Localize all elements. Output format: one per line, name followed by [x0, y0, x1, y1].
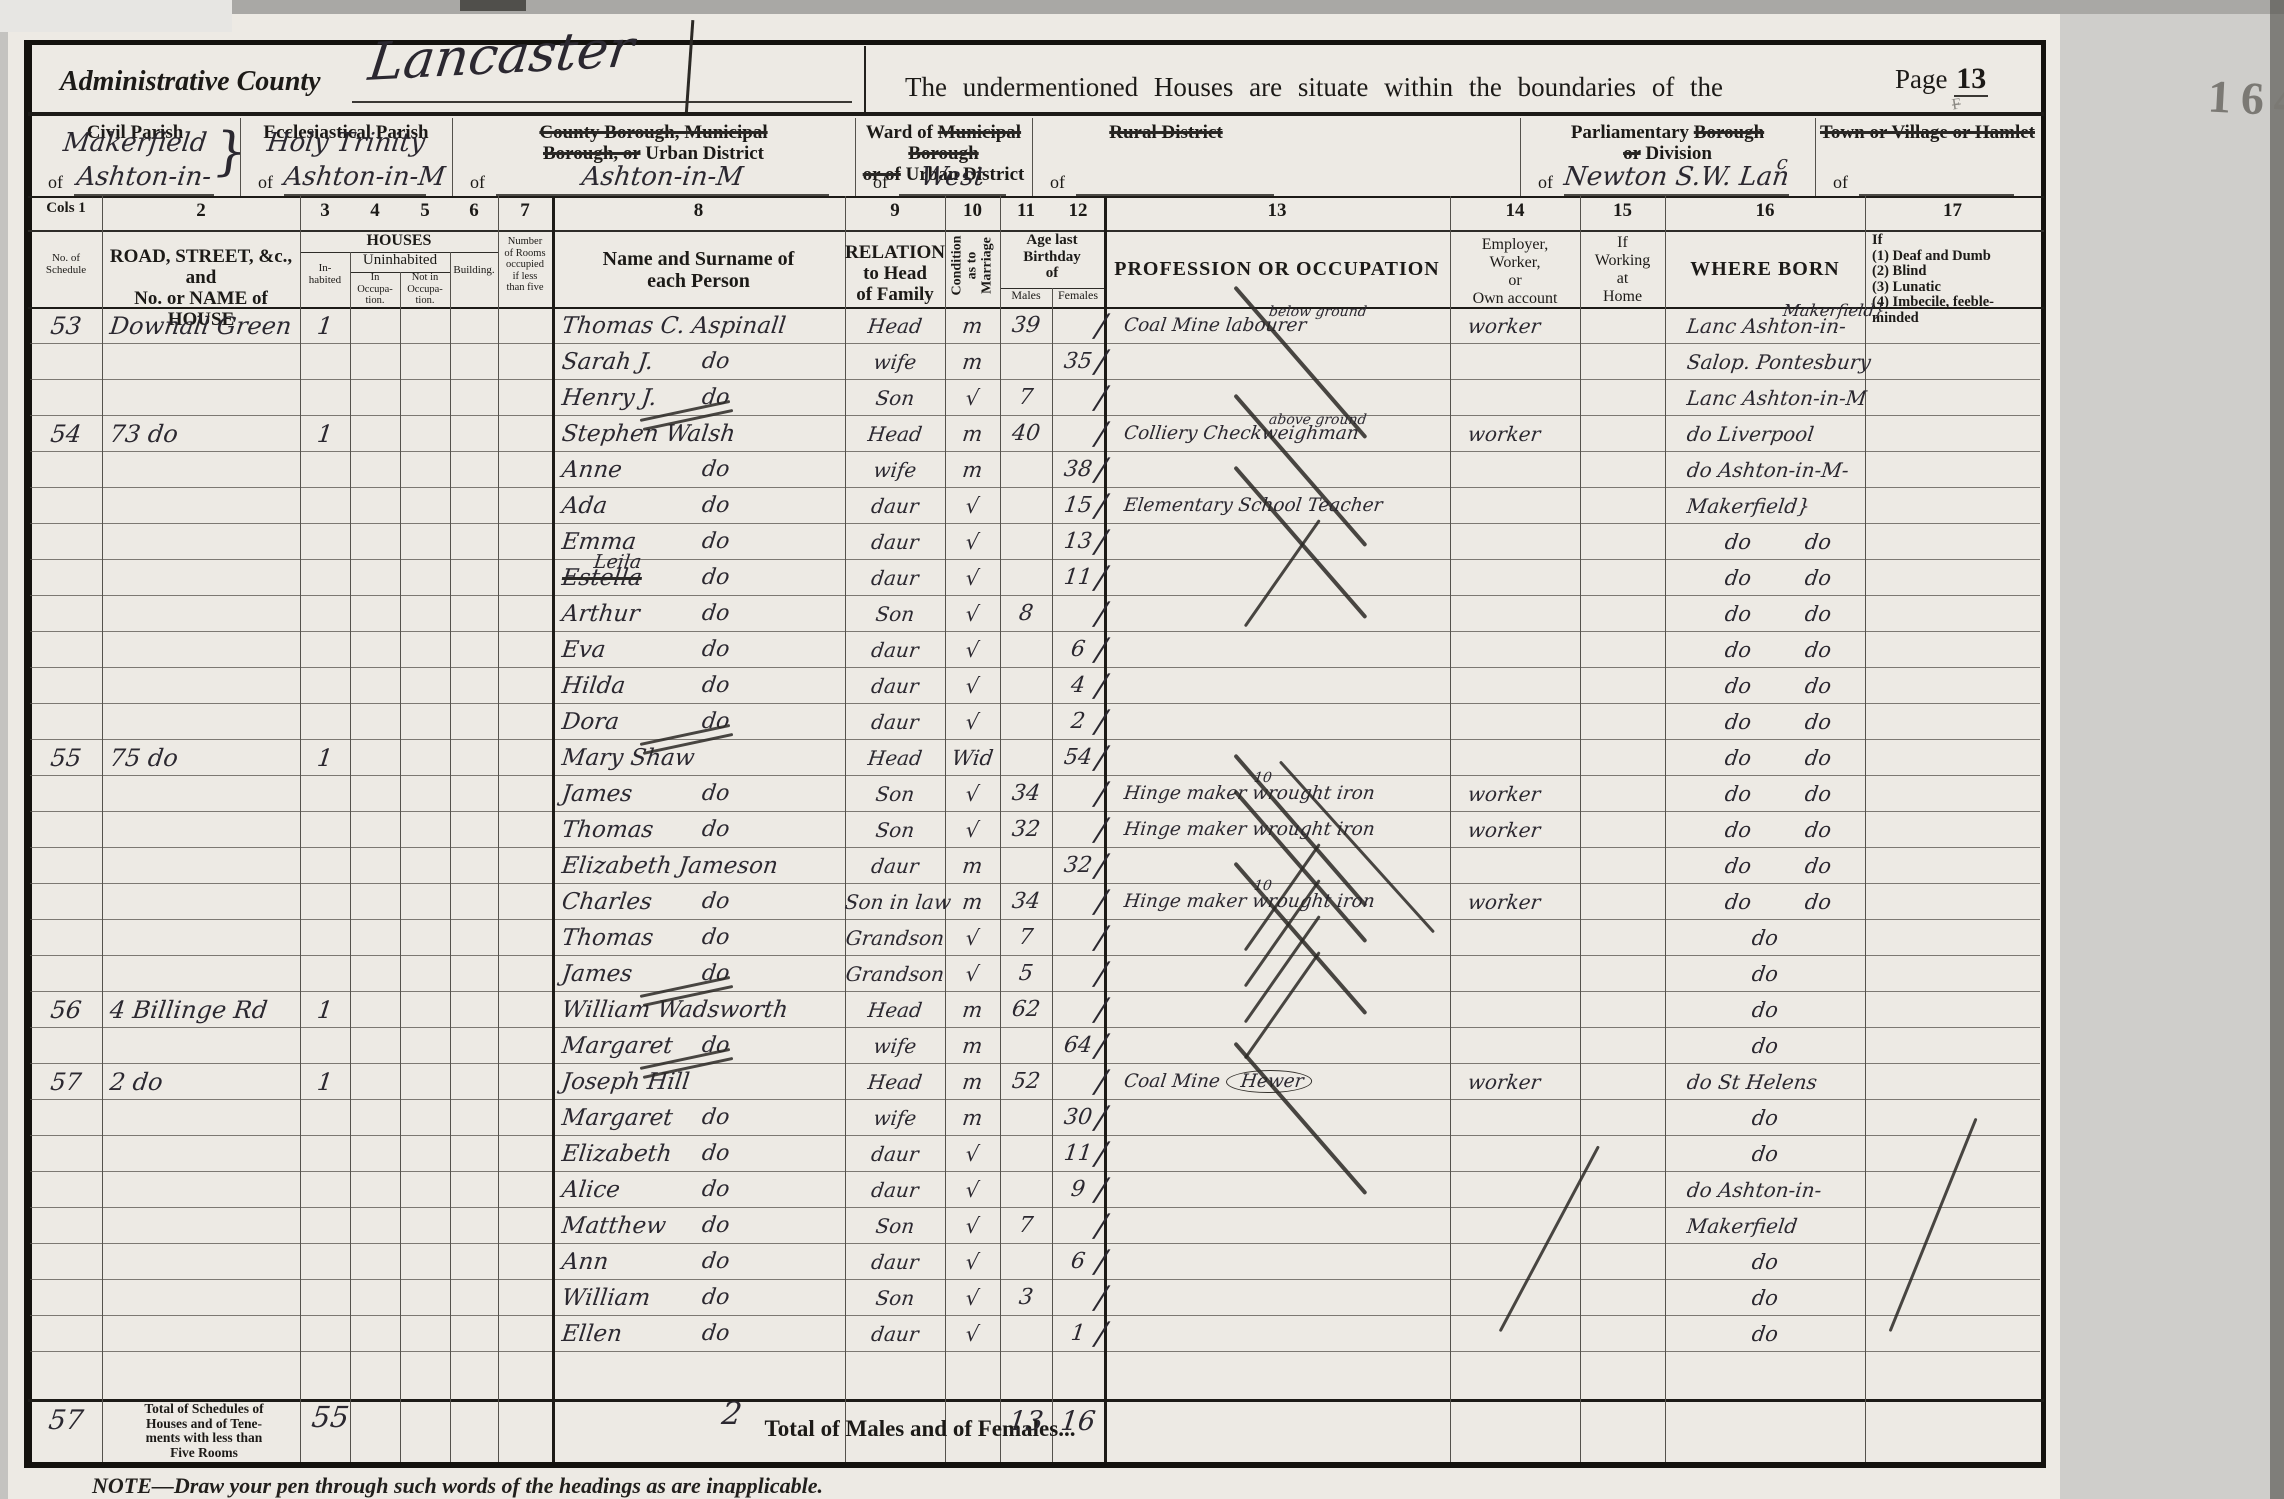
- col-header-rooms: Number of Rooms occupied if less than fi…: [498, 236, 552, 294]
- district-title-seg: Ward of: [866, 122, 938, 143]
- row-rule: [30, 1027, 2040, 1028]
- district-of-town-village: of: [1833, 172, 1848, 193]
- row-condition: m: [943, 994, 1002, 1026]
- row-born-ditto: do: [1803, 850, 1867, 882]
- district-title-parliamentary: Parliamentary Boroughor Division: [1520, 122, 1815, 164]
- district-title-seg: Division: [1641, 143, 1712, 164]
- district-of-ward: of: [873, 172, 888, 193]
- row-tick: /: [1094, 634, 1128, 666]
- row-tick: /: [1094, 454, 1128, 486]
- row-condition: √: [943, 922, 1002, 954]
- row-rule: [30, 487, 2040, 488]
- row-name-ditto: do: [700, 598, 764, 630]
- district-title-county-borough: County Borough, MunicipalBorough, or Urb…: [452, 122, 855, 164]
- row-rule: [30, 1279, 2040, 1280]
- row-rule: [30, 379, 2040, 380]
- col-number-7: 7: [498, 200, 552, 222]
- col-header-born: WHERE BORN: [1665, 258, 1865, 280]
- row-relation: daur: [843, 526, 947, 558]
- row-tick: /: [1094, 1174, 1128, 1206]
- row-relation: Son: [843, 598, 947, 630]
- row-age-male: 32: [998, 814, 1054, 846]
- census-scan-page: { "scan": { "stamp": "164", "page_mark":…: [0, 0, 2284, 1499]
- row-condition: m: [943, 454, 1002, 486]
- row-age-male: 5: [998, 958, 1054, 990]
- district-title-town-village: Town or Village or Hamlet: [1815, 122, 2040, 143]
- col-header-relation: RELATION to Head of Family: [845, 242, 945, 305]
- row-relation: wife: [843, 1030, 947, 1062]
- row-born: do: [1663, 1246, 1867, 1278]
- row-condition: √: [943, 670, 1002, 702]
- row-rule: [30, 595, 2040, 596]
- col-number-4: 4: [350, 200, 400, 222]
- row-rule: [30, 991, 2040, 992]
- col-header-females: Females: [1052, 289, 1104, 302]
- district-of-ecclesiastical-parish: of: [258, 172, 273, 193]
- column-divider: [552, 196, 555, 1462]
- row-tick: /: [1094, 1030, 1128, 1062]
- row-tick: /: [1094, 1138, 1128, 1170]
- row-born: do: [1723, 778, 1787, 810]
- row-rule: [30, 1207, 2040, 1208]
- district-value-ward: West: [897, 162, 1008, 192]
- row-rule: [30, 847, 2040, 848]
- column-divider: [350, 252, 351, 1462]
- row-condition: √: [943, 778, 1002, 810]
- page-label: Page 13: [1895, 62, 1988, 96]
- scan-top-band: [0, 0, 2284, 14]
- row-tick: /: [1094, 670, 1128, 702]
- row-rule: [30, 811, 2040, 812]
- col-number-12: 12: [1052, 200, 1104, 222]
- row-rule: [30, 919, 2040, 920]
- row-condition: Wid: [943, 742, 1002, 774]
- district-title-seg: Urban District: [641, 143, 764, 164]
- scan-right-edge-shadow: [2270, 0, 2284, 1499]
- row-condition: √: [943, 634, 1002, 666]
- row-road: 4 Billinge Rd: [108, 994, 302, 1026]
- row-relation: Head: [843, 310, 947, 342]
- row-condition: √: [943, 526, 1002, 558]
- row-name-ditto: do: [700, 670, 764, 702]
- row-born: Salop. Pontesbury: [1685, 346, 1867, 378]
- row-tick: /: [1094, 1246, 1128, 1278]
- col-number-9: 9: [845, 200, 945, 222]
- col-number-5: 5: [400, 200, 450, 222]
- row-occupation-note: above ground: [1267, 404, 1421, 436]
- row-condition: m: [943, 346, 1002, 378]
- col-header-age: Age last Birthday of: [1000, 232, 1104, 282]
- row-born: do: [1723, 562, 1787, 594]
- row-employer: worker: [1466, 814, 1582, 846]
- row-tick: /: [1094, 958, 1128, 990]
- col-number-13: 13: [1104, 200, 1450, 222]
- district-title-seg: Rural District: [1109, 122, 1222, 143]
- col-header-schedule: No. of Schedule: [30, 252, 102, 276]
- district-title-rural-district: Rural District: [1032, 122, 1300, 143]
- col-header-profession: PROFESSION OR OCCUPATION: [1104, 258, 1450, 280]
- row-employer: worker: [1466, 1066, 1582, 1098]
- row-age-male: 7: [998, 382, 1054, 414]
- col-header-in_occupation: In Occupa- tion.: [350, 272, 400, 307]
- row-inhabited: 1: [298, 1066, 352, 1098]
- row-name-ditto: do: [700, 1318, 764, 1350]
- row-name-ditto: do: [700, 922, 764, 954]
- row-condition: m: [943, 850, 1002, 882]
- row-rule: [30, 451, 2040, 452]
- row-name: Thomas C. Aspinall: [560, 310, 764, 342]
- row-tick: /: [1094, 922, 1128, 954]
- row-name-inserted: Leila: [592, 546, 716, 578]
- row-born-ditto: do: [1803, 634, 1867, 666]
- col-number-11: 11: [1000, 200, 1052, 222]
- row-occupation: Elementary School Teacher: [1122, 490, 1452, 522]
- column-divider: [300, 196, 301, 1462]
- row-age-male: 39: [998, 310, 1054, 342]
- row-condition: √: [943, 598, 1002, 630]
- row-inhabited: 1: [298, 310, 352, 342]
- totals-houses-value: 55: [310, 1400, 351, 1434]
- row-inhabited: 1: [298, 418, 352, 450]
- row-condition: m: [943, 310, 1002, 342]
- row-relation: daur: [843, 1174, 947, 1206]
- row-schedule: 56: [28, 994, 104, 1026]
- col-number-3: 3: [300, 200, 350, 222]
- district-value-sup-parliamentary: c: [1776, 152, 1789, 174]
- row-relation: Grandson: [843, 922, 947, 954]
- row-rule: [30, 631, 2040, 632]
- row-relation: Son: [843, 1282, 947, 1314]
- district-title-seg: Town or Village or Hamlet: [1820, 122, 2035, 143]
- row-rule: [30, 955, 2040, 956]
- row-name-ditto: do: [700, 634, 764, 666]
- row-age-male: 7: [998, 922, 1054, 954]
- row-born: do: [1663, 1318, 1867, 1350]
- row-schedule: 57: [28, 1066, 104, 1098]
- row-inhabited: 1: [298, 742, 352, 774]
- scan-smudge: [460, 0, 526, 11]
- row-condition: √: [943, 706, 1002, 738]
- row-rule: [30, 739, 2040, 740]
- row-born: do Ashton-in-: [1685, 1174, 1867, 1206]
- row-inhabited: 1: [298, 994, 352, 1026]
- row-name-ditto: do: [700, 346, 764, 378]
- row-born: do: [1663, 1030, 1867, 1062]
- col-header-name: Name and Surname of each Person: [552, 248, 845, 292]
- row-born-inserted: Makerfield}: [1781, 295, 1925, 327]
- row-rule: [30, 703, 2040, 704]
- row-rule: [30, 1315, 2040, 1316]
- row-schedule: 54: [28, 418, 104, 450]
- row-born-ditto: do: [1803, 526, 1867, 558]
- scan-top-left-white: [0, 0, 232, 32]
- totals-females-value: 16: [1050, 1406, 1106, 1437]
- row-age-male: 52: [998, 1066, 1054, 1098]
- row-born-ditto: do: [1803, 814, 1867, 846]
- col-number-8: 8: [552, 200, 845, 222]
- row-born: do: [1723, 526, 1787, 558]
- row-relation: daur: [843, 670, 947, 702]
- column-divider: [450, 252, 451, 1462]
- row-born: do: [1723, 814, 1787, 846]
- row-born-ditto: do: [1803, 706, 1867, 738]
- row-age-male: 40: [998, 418, 1054, 450]
- row-name-ditto: do: [700, 1102, 764, 1134]
- row-name-ditto: do: [700, 1282, 764, 1314]
- row-condition: √: [943, 1174, 1002, 1206]
- district-value-civil-parish: Ashton-in-: [72, 162, 216, 192]
- row-condition: m: [943, 1102, 1002, 1134]
- scan-right-margin: [2060, 0, 2284, 1499]
- row-rule: [30, 1135, 2040, 1136]
- row-tick: /: [1094, 1102, 1128, 1134]
- row-relation: Son in law: [843, 886, 947, 918]
- row-born: do: [1723, 850, 1787, 882]
- col-header-males: Males: [1000, 289, 1052, 302]
- row-rule: [30, 1171, 2040, 1172]
- col-number-2: 2: [102, 200, 300, 222]
- row-employer: worker: [1466, 778, 1582, 810]
- row-employer: worker: [1466, 310, 1582, 342]
- row-relation: daur: [843, 634, 947, 666]
- row-tick: /: [1094, 1282, 1128, 1314]
- totals-schedules-label: Total of Schedules of Houses and of Tene…: [108, 1402, 300, 1460]
- row-name-ditto: do: [700, 490, 764, 522]
- row-employer: worker: [1466, 418, 1582, 450]
- district-title-seg: County Borough, Municipal: [539, 122, 767, 143]
- totals-rooms-value: 2: [720, 1396, 744, 1432]
- row-tick: /: [1094, 346, 1128, 378]
- row-relation: Head: [843, 742, 947, 774]
- row-condition: √: [943, 1282, 1002, 1314]
- col-header-building: Building.: [450, 264, 498, 276]
- row-born-ditto: do: [1803, 886, 1867, 918]
- row-born: do: [1663, 1282, 1867, 1314]
- row-relation: Son: [843, 814, 947, 846]
- col-header-uninhabited: Uninhabited: [350, 252, 450, 268]
- row-rule: [30, 775, 2040, 776]
- row-condition: √: [943, 562, 1002, 594]
- row-road: 2 do: [108, 1066, 302, 1098]
- row-condition: √: [943, 1210, 1002, 1242]
- column-divider: [1580, 196, 1581, 1462]
- row-relation: Son: [843, 382, 947, 414]
- row-name-ditto: do: [700, 562, 764, 594]
- row-born-ditto: do: [1803, 778, 1867, 810]
- district-of-parliamentary: of: [1538, 172, 1553, 193]
- col-header-not_in_occupation: Not in Occupa- tion.: [400, 272, 450, 307]
- row-rule: [30, 1099, 2040, 1100]
- row-rule: [30, 343, 2040, 344]
- row-rule: [30, 667, 2040, 668]
- row-born: do: [1663, 994, 1867, 1026]
- row-tick: /: [1094, 1210, 1128, 1242]
- row-born: do: [1723, 670, 1787, 702]
- row-born: Makerfield}: [1685, 490, 1867, 522]
- row-employer: worker: [1466, 886, 1582, 918]
- row-condition: m: [943, 886, 1002, 918]
- row-rule: [30, 523, 2040, 524]
- row-condition: m: [943, 1030, 1002, 1062]
- row-born-ditto: do: [1803, 598, 1867, 630]
- row-schedule: 55: [28, 742, 104, 774]
- row-condition: √: [943, 1246, 1002, 1278]
- row-name-ditto: do: [700, 1174, 764, 1206]
- row-born: do: [1723, 742, 1787, 774]
- row-age-male: 62: [998, 994, 1054, 1026]
- row-age-male: 7: [998, 1210, 1054, 1242]
- district-title-seg: Borough: [1694, 122, 1764, 143]
- col-header-employer: Employer, Worker, or Own account: [1450, 236, 1580, 308]
- row-condition: √: [943, 382, 1002, 414]
- row-born: Makerfield: [1685, 1210, 1867, 1242]
- totals-schedule-no: 57: [28, 1405, 104, 1436]
- row-born: do St Helens: [1685, 1066, 1867, 1098]
- row-condition: √: [943, 1318, 1002, 1350]
- row-occupation: Hinge maker wrought iron: [1122, 814, 1452, 846]
- row-tick: /: [1094, 526, 1128, 558]
- col-number-15: 15: [1580, 200, 1665, 222]
- column-divider: [1450, 196, 1451, 1462]
- row-born: do: [1663, 958, 1867, 990]
- row-rule: [30, 1063, 2040, 1064]
- row-schedule: 53: [28, 310, 104, 342]
- row-relation: daur: [843, 850, 947, 882]
- row-name-ditto: do: [700, 454, 764, 486]
- row-name-ditto: do: [700, 1246, 764, 1278]
- row-relation: daur: [843, 1246, 947, 1278]
- row-condition: √: [943, 1138, 1002, 1170]
- row-rule: [30, 415, 2040, 416]
- row-tick: /: [1094, 706, 1128, 738]
- admin-band-bottom-rule: [28, 112, 2044, 116]
- district-of-civil-parish: of: [48, 172, 63, 193]
- admin-county-label: Administrative County: [60, 66, 321, 98]
- row-name-ditto: do: [700, 1138, 764, 1170]
- district-value-parliamentary: Newton S.W. Lan: [1562, 162, 1791, 192]
- col-number-16: 16: [1665, 200, 1865, 222]
- row-age-male: 34: [998, 886, 1054, 918]
- row-tick: /: [1094, 850, 1128, 882]
- col-number-1: Cols 1: [30, 200, 102, 217]
- row-tick: /: [1094, 562, 1128, 594]
- row-born-ditto: do: [1803, 742, 1867, 774]
- district-value-county-borough: Ashton-in-M: [494, 162, 831, 192]
- row-occupation-number: 10: [1252, 762, 1296, 794]
- col-header-inhabited: In- habited: [300, 262, 350, 286]
- page-number: 13: [1954, 62, 1988, 97]
- totals-males-value: 13: [998, 1406, 1054, 1437]
- column-divider: [498, 196, 499, 1462]
- district-title-seg: Borough, or: [543, 143, 641, 164]
- page-word: Page: [1895, 64, 1947, 94]
- row-rule: [30, 1243, 2040, 1244]
- district-title-seg: or: [1623, 143, 1641, 164]
- row-road: 75 do: [108, 742, 302, 774]
- situate-line: The undermentioned Houses are situate wi…: [905, 72, 1723, 103]
- row-born: do: [1663, 1102, 1867, 1134]
- row-relation: Head: [843, 1066, 947, 1098]
- row-occupation: Coal Mine Hewer: [1122, 1066, 1452, 1098]
- row-born: Lanc Ashton-in-M: [1685, 382, 1867, 414]
- row-tick: /: [1094, 598, 1128, 630]
- row-age-male: 8: [998, 598, 1054, 630]
- row-name-ditto: do: [700, 1210, 764, 1242]
- table-top-rule: [28, 196, 2044, 198]
- row-rule: [30, 883, 2040, 884]
- district-value-pre-civil-parish: Makerfield: [28, 128, 242, 158]
- col-header-condition: Condition as to Marriage: [950, 211, 995, 321]
- row-tick: /: [1094, 1318, 1128, 1350]
- district-value-pre-ecclesiastical-parish: Holy Trinity: [238, 128, 454, 158]
- admin-band-divider: [864, 46, 866, 112]
- row-born: do: [1663, 922, 1867, 954]
- district-of-rural-district: of: [1050, 172, 1065, 193]
- row-born: do: [1723, 886, 1787, 918]
- col-number-17: 17: [1865, 200, 2040, 222]
- row-relation: Grandson: [843, 958, 947, 990]
- row-relation: Head: [843, 994, 947, 1026]
- district-title-seg: Parliamentary: [1571, 122, 1694, 143]
- row-condition: m: [943, 418, 1002, 450]
- row-born: do: [1723, 706, 1787, 738]
- row-born-ditto: do: [1803, 562, 1867, 594]
- row-age-male: 3: [998, 1282, 1054, 1314]
- row-relation: daur: [843, 562, 947, 594]
- column-divider: [102, 196, 103, 1462]
- col-header-home: If Working at Home: [1580, 234, 1665, 306]
- row-condition: m: [943, 1066, 1002, 1098]
- district-value-ecclesiastical-parish: Ashton-in-M: [282, 162, 428, 192]
- row-condition: √: [943, 814, 1002, 846]
- row-name-ditto: do: [700, 778, 764, 810]
- row-tick: /: [1094, 742, 1128, 774]
- row-tick: /: [1094, 994, 1128, 1026]
- row-rule: [30, 1351, 2040, 1352]
- row-relation: Son: [843, 1210, 947, 1242]
- row-road: Downall Green: [108, 310, 302, 342]
- row-road: 73 do: [108, 418, 302, 450]
- row-condition: √: [943, 958, 1002, 990]
- row-relation: daur: [843, 490, 947, 522]
- row-name-ditto: do: [700, 886, 764, 918]
- row-condition: √: [943, 490, 1002, 522]
- col-number-14: 14: [1450, 200, 1580, 222]
- footer-note: NOTE—Draw your pen through such words of…: [92, 1473, 823, 1499]
- row-rule: [30, 559, 2040, 560]
- row-born: do Ashton-in-M-: [1685, 454, 1867, 486]
- row-born: do: [1723, 598, 1787, 630]
- row-age-male: 34: [998, 778, 1054, 810]
- row-relation: daur: [843, 706, 947, 738]
- row-tick: /: [1094, 382, 1128, 414]
- page-number-stamp: 164: [2207, 69, 2284, 127]
- column-divider: [400, 272, 401, 1462]
- row-relation: Son: [843, 778, 947, 810]
- row-relation: wife: [843, 1102, 947, 1134]
- row-name: Elizabeth Jameson: [560, 850, 764, 882]
- col-header-houses: HOUSES: [300, 232, 498, 249]
- row-born-ditto: do: [1803, 670, 1867, 702]
- row-born: do Liverpool: [1685, 418, 1867, 450]
- row-relation: daur: [843, 1138, 947, 1170]
- admin-county-underline: [352, 101, 852, 103]
- row-born: do: [1663, 1138, 1867, 1170]
- row-relation: wife: [843, 454, 947, 486]
- row-occupation-note: below ground: [1267, 296, 1421, 328]
- district-of-county-borough: of: [470, 172, 485, 193]
- row-relation: Head: [843, 418, 947, 450]
